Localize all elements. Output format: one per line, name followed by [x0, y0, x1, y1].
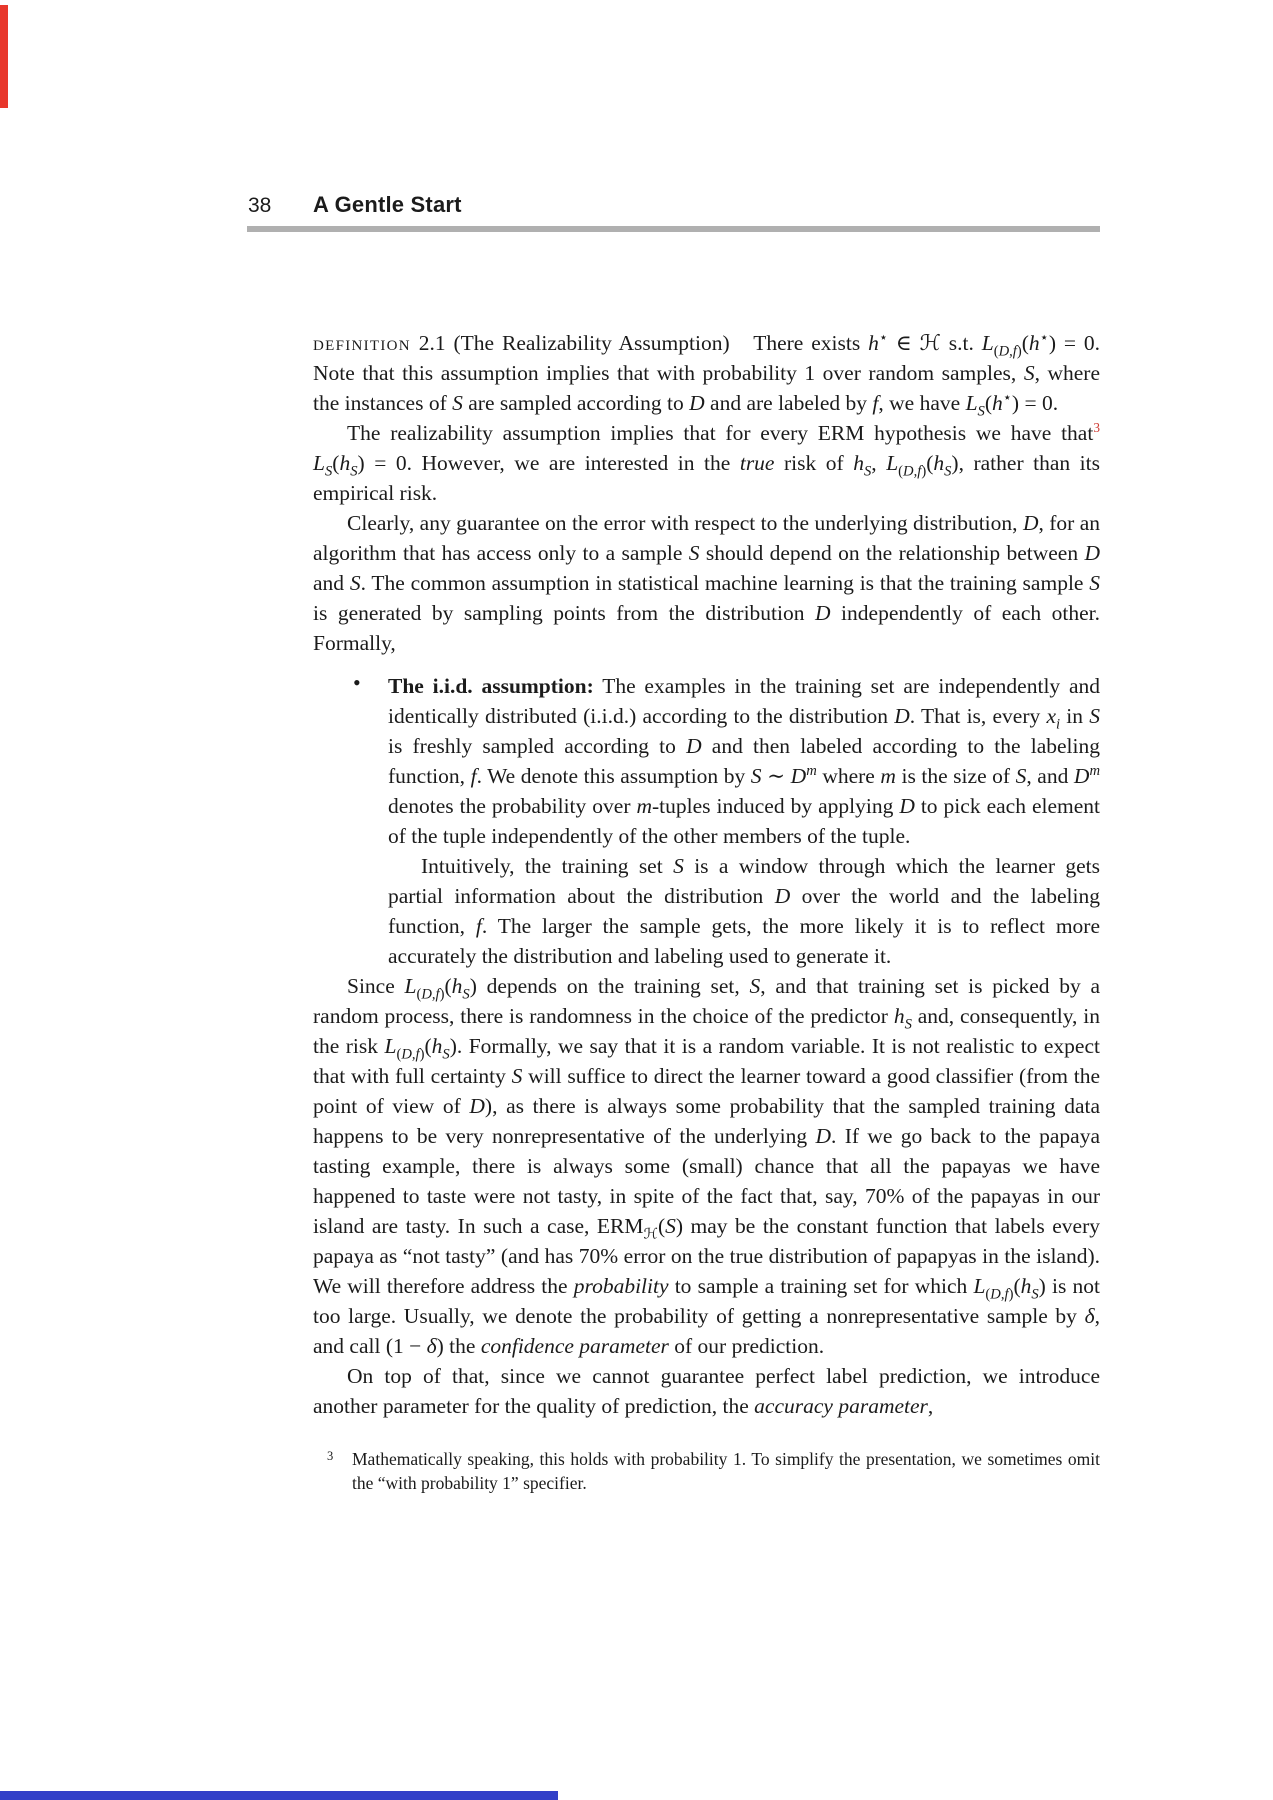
iid-intuition-paragraph: Intuitively, the training set S is a win…: [388, 851, 1100, 971]
page-body: definition 2.1 (The Realizability Assump…: [313, 328, 1100, 1495]
page-number: 38: [248, 194, 271, 218]
iid-assumption-paragraph: The i.i.d. assumption: The examples in t…: [388, 671, 1100, 851]
blue-progress-bar: [0, 1791, 558, 1800]
book-page: 38 A Gentle Start definition 2.1 (The Re…: [0, 0, 1273, 1800]
bullet-icon: •: [353, 668, 361, 698]
header-rule: [247, 226, 1100, 232]
paragraph-on-top: On top of that, since we cannot guarante…: [313, 1361, 1100, 1421]
footnote: 3 Mathematically speaking, this holds wi…: [313, 1447, 1100, 1495]
paragraph-realizability: The realizability assumption implies tha…: [313, 418, 1100, 508]
paragraph-since: Since L(D,f)(hS) depends on the training…: [313, 971, 1100, 1361]
definition-paragraph: definition 2.1 (The Realizability Assump…: [313, 328, 1100, 418]
bullet-item-iid: • The i.i.d. assumption: The examples in…: [313, 671, 1100, 971]
chapter-title: A Gentle Start: [313, 192, 462, 218]
red-edge-mark: [0, 5, 8, 108]
bullet-list: • The i.i.d. assumption: The examples in…: [313, 671, 1100, 971]
paragraph-clearly: Clearly, any guarantee on the error with…: [313, 508, 1100, 658]
footnote-marker: 3: [327, 1444, 333, 1468]
footnote-text: Mathematically speaking, this holds with…: [352, 1449, 1100, 1493]
